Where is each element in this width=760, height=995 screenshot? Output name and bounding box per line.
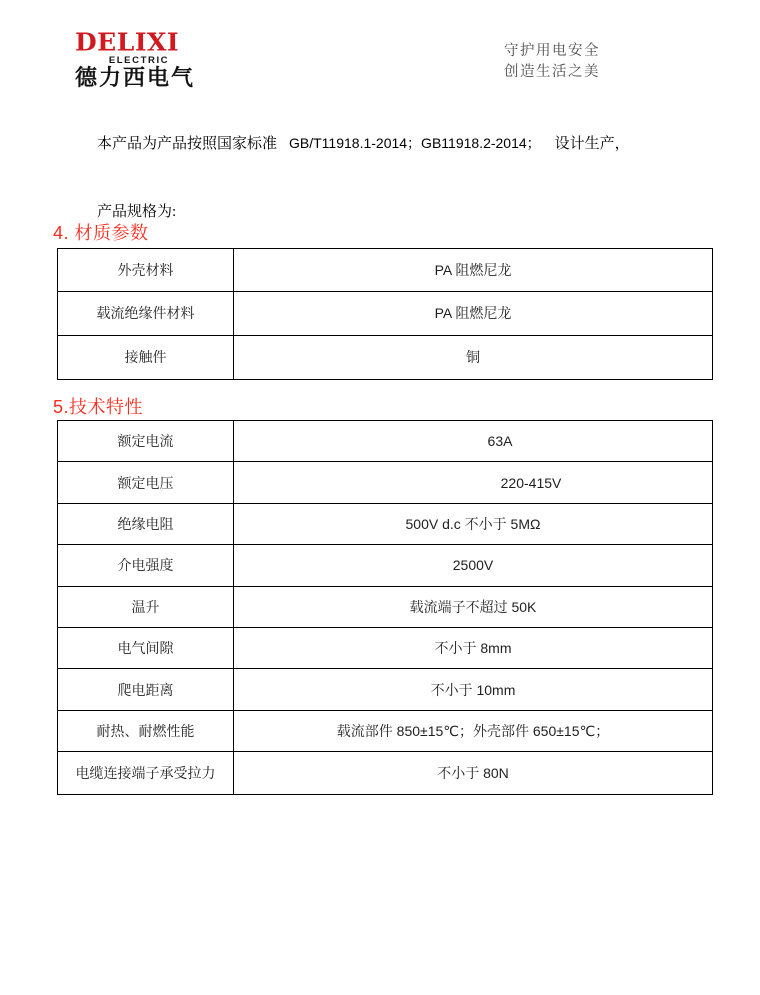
table-row: 介电强度 2500V: [58, 545, 712, 586]
intro-standard-prefix: 本产品为产品按照国家标准: [97, 136, 277, 152]
table-row: 爬电距离 不小于 10mm: [58, 669, 712, 710]
row-value: PA 阻燃尼龙: [234, 249, 712, 291]
row-label: 绝缘电阻: [58, 504, 234, 544]
brand-logo-text: DELIXI: [75, 31, 225, 55]
document-page: { "brand_color": "#d11a20", "heading_col…: [0, 0, 760, 995]
intro-standard-suffix: 设计生产，: [555, 136, 630, 152]
table-row: 接触件 铜: [58, 336, 712, 379]
row-value: 220-415V: [292, 462, 760, 502]
table-row: 外壳材料 PA 阻燃尼龙: [58, 249, 712, 292]
brand-slogan: 守护用电安全 创造生活之美: [504, 41, 600, 83]
brand-logo-subtext: ELECTRIC: [75, 55, 203, 66]
row-label: 介电强度: [58, 545, 234, 585]
table-row: 额定电流 63A: [58, 421, 712, 462]
row-label: 额定电压: [58, 462, 234, 502]
row-label: 电气间隙: [58, 628, 234, 668]
table-row: 电缆连接端子承受拉力 不小于 80N: [58, 752, 712, 793]
intro-standard-codes: GB/T11918.1-2014；GB11918.2-2014；: [289, 135, 541, 151]
material-parameters-table: 外壳材料 PA 阻燃尼龙 载流绝缘件材料 PA 阻燃尼龙 接触件 铜: [57, 248, 713, 380]
row-label: 温升: [58, 587, 234, 627]
row-value: 500V d.c 不小于 5MΩ: [234, 504, 712, 544]
row-label: 外壳材料: [58, 249, 234, 291]
row-value: 2500V: [234, 545, 712, 585]
table-row: 电气间隙 不小于 8mm: [58, 628, 712, 669]
slogan-line-2: 创造生活之美: [504, 62, 600, 83]
row-label: 额定电流: [58, 421, 234, 461]
row-label: 接触件: [58, 336, 234, 379]
slogan-line-1: 守护用电安全: [504, 41, 600, 62]
row-label: 载流绝缘件材料: [58, 292, 234, 334]
section-title-technical: 5.技术特性: [53, 393, 143, 419]
table-row: 额定电压 220-415V: [58, 462, 712, 503]
table-row: 绝缘电阻 500V d.c 不小于 5MΩ: [58, 504, 712, 545]
row-label: 耐热、耐燃性能: [58, 711, 234, 751]
row-value: 不小于 80N: [234, 752, 712, 793]
row-value: PA 阻燃尼龙: [234, 292, 712, 334]
intro-line-1: 本产品为产品按照国家标准GB/T11918.1-2014；GB11918.2-2…: [97, 132, 687, 156]
table-row: 载流绝缘件材料 PA 阻燃尼龙: [58, 292, 712, 335]
row-value: 不小于 8mm: [234, 628, 712, 668]
row-value: 载流端子不超过 50K: [234, 587, 712, 627]
row-label: 爬电距离: [58, 669, 234, 709]
technical-characteristics-table: 额定电流 63A 额定电压 220-415V 绝缘电阻 500V d.c 不小于…: [57, 420, 713, 795]
brand-logo: DELIXI ELECTRIC 德力西电气: [75, 30, 225, 91]
table-row: 耐热、耐燃性能 载流部件 850±15℃；外壳部件 650±15℃；: [58, 711, 712, 752]
row-label: 电缆连接端子承受拉力: [58, 752, 234, 793]
intro-line-2: 产品规格为:: [97, 201, 687, 224]
section-title-material: 4. 材质参数: [53, 219, 149, 245]
row-value: 铜: [234, 336, 712, 379]
row-value: 不小于 10mm: [234, 669, 712, 709]
row-value: 载流部件 850±15℃；外壳部件 650±15℃；: [234, 711, 712, 751]
row-value: 63A: [261, 421, 739, 461]
table-row: 温升 载流端子不超过 50K: [58, 587, 712, 628]
